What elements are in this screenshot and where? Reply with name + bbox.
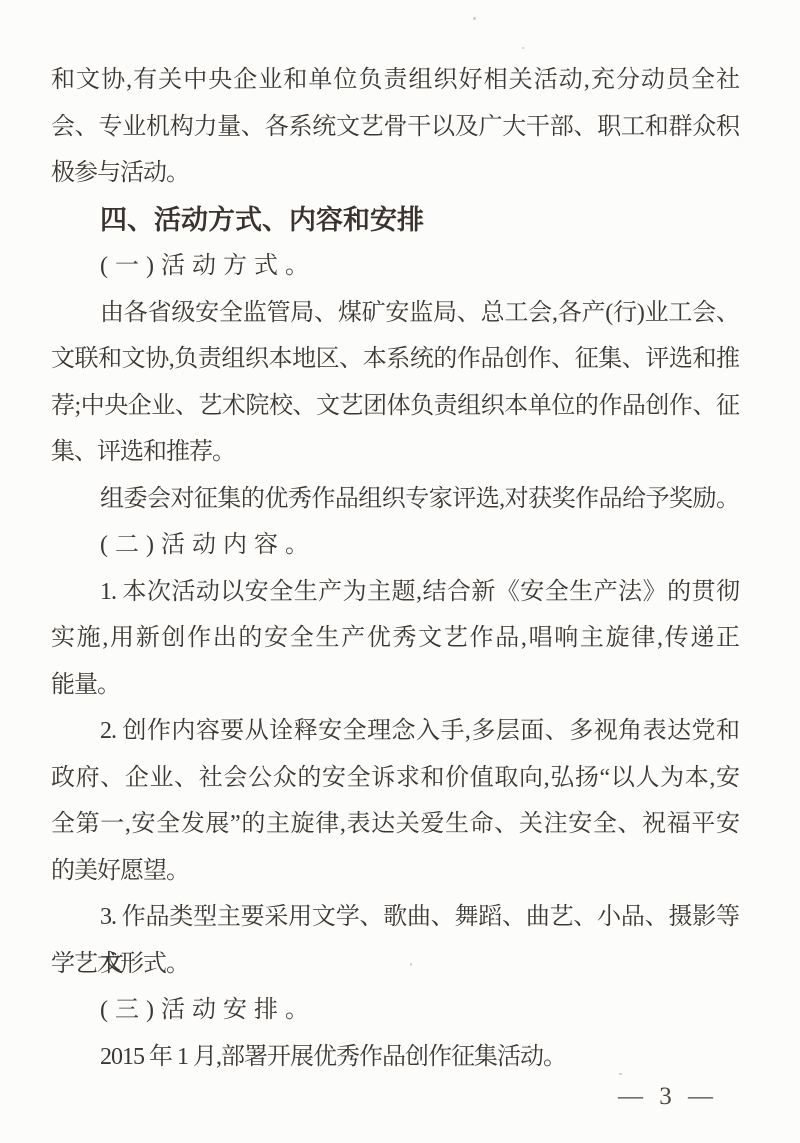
text-line: 荐;中央企业、艺术院校、文艺团体负责组织本单位的作品创作、征 <box>51 383 739 430</box>
text-line: 会、专业机构力量、各系统文艺骨干以及广大干部、职工和群众积 <box>51 104 739 151</box>
scan-artifact <box>473 17 476 20</box>
text-line: 2. 创作内容要从诠释安全理念入手,多层面、多视角表达党和 <box>51 708 739 755</box>
text-line: 极参与活动。 <box>51 150 739 197</box>
document-lines: 和文协,有关中央企业和单位负责组织好相关活动,充分动员全社会、专业机构力量、各系… <box>51 57 739 1080</box>
text-line: 1. 本次活动以安全生产为主题,结合新《安全生产法》的贯彻 <box>51 569 739 616</box>
text-line: 3. 作品类型主要采用文学、歌曲、舞蹈、曲艺、小品、摄影等文 <box>51 894 739 941</box>
text-line: 学艺术形式。 <box>51 941 739 988</box>
text-line: (三)活动安排。 <box>51 987 739 1034</box>
text-line: 的美好愿望。 <box>51 848 739 895</box>
text-line: 全第一,安全发展”的主旋律,表达关爱生命、关注安全、祝福平安 <box>51 801 739 848</box>
text-line: 由各省级安全监管局、煤矿安监局、总工会,各产(行)业工会、 <box>51 290 739 337</box>
scan-artifact <box>522 47 524 49</box>
text-line: 2015 年 1 月,部署开展优秀作品创作征集活动。 <box>51 1034 739 1081</box>
text-line: 集、评选和推荐。 <box>51 429 739 476</box>
text-line: 和文协,有关中央企业和单位负责组织好相关活动,充分动员全社 <box>51 57 739 104</box>
text-line: (二)活动内容。 <box>51 522 739 569</box>
text-line: 实施,用新创作出的安全生产优秀文艺作品,唱响主旋律,传递正 <box>51 615 739 662</box>
text-line: 文联和文协,负责组织本地区、本系统的作品创作、征集、评选和推 <box>51 336 739 383</box>
text-line: 组委会对征集的优秀作品组织专家评选,对获奖作品给予奖励。 <box>51 476 739 523</box>
scanned-document-page: 和文协,有关中央企业和单位负责组织好相关活动,充分动员全社会、专业机构力量、各系… <box>0 0 800 1143</box>
text-line: (一)活动方式。 <box>51 243 739 290</box>
text-line: 政府、企业、社会公众的安全诉求和价值取向,弘扬“以人为本,安 <box>51 755 739 802</box>
text-line: 能量。 <box>51 662 739 709</box>
page-number: — 3 — <box>618 1083 718 1111</box>
text-line: 四、活动方式、内容和安排 <box>51 197 739 244</box>
